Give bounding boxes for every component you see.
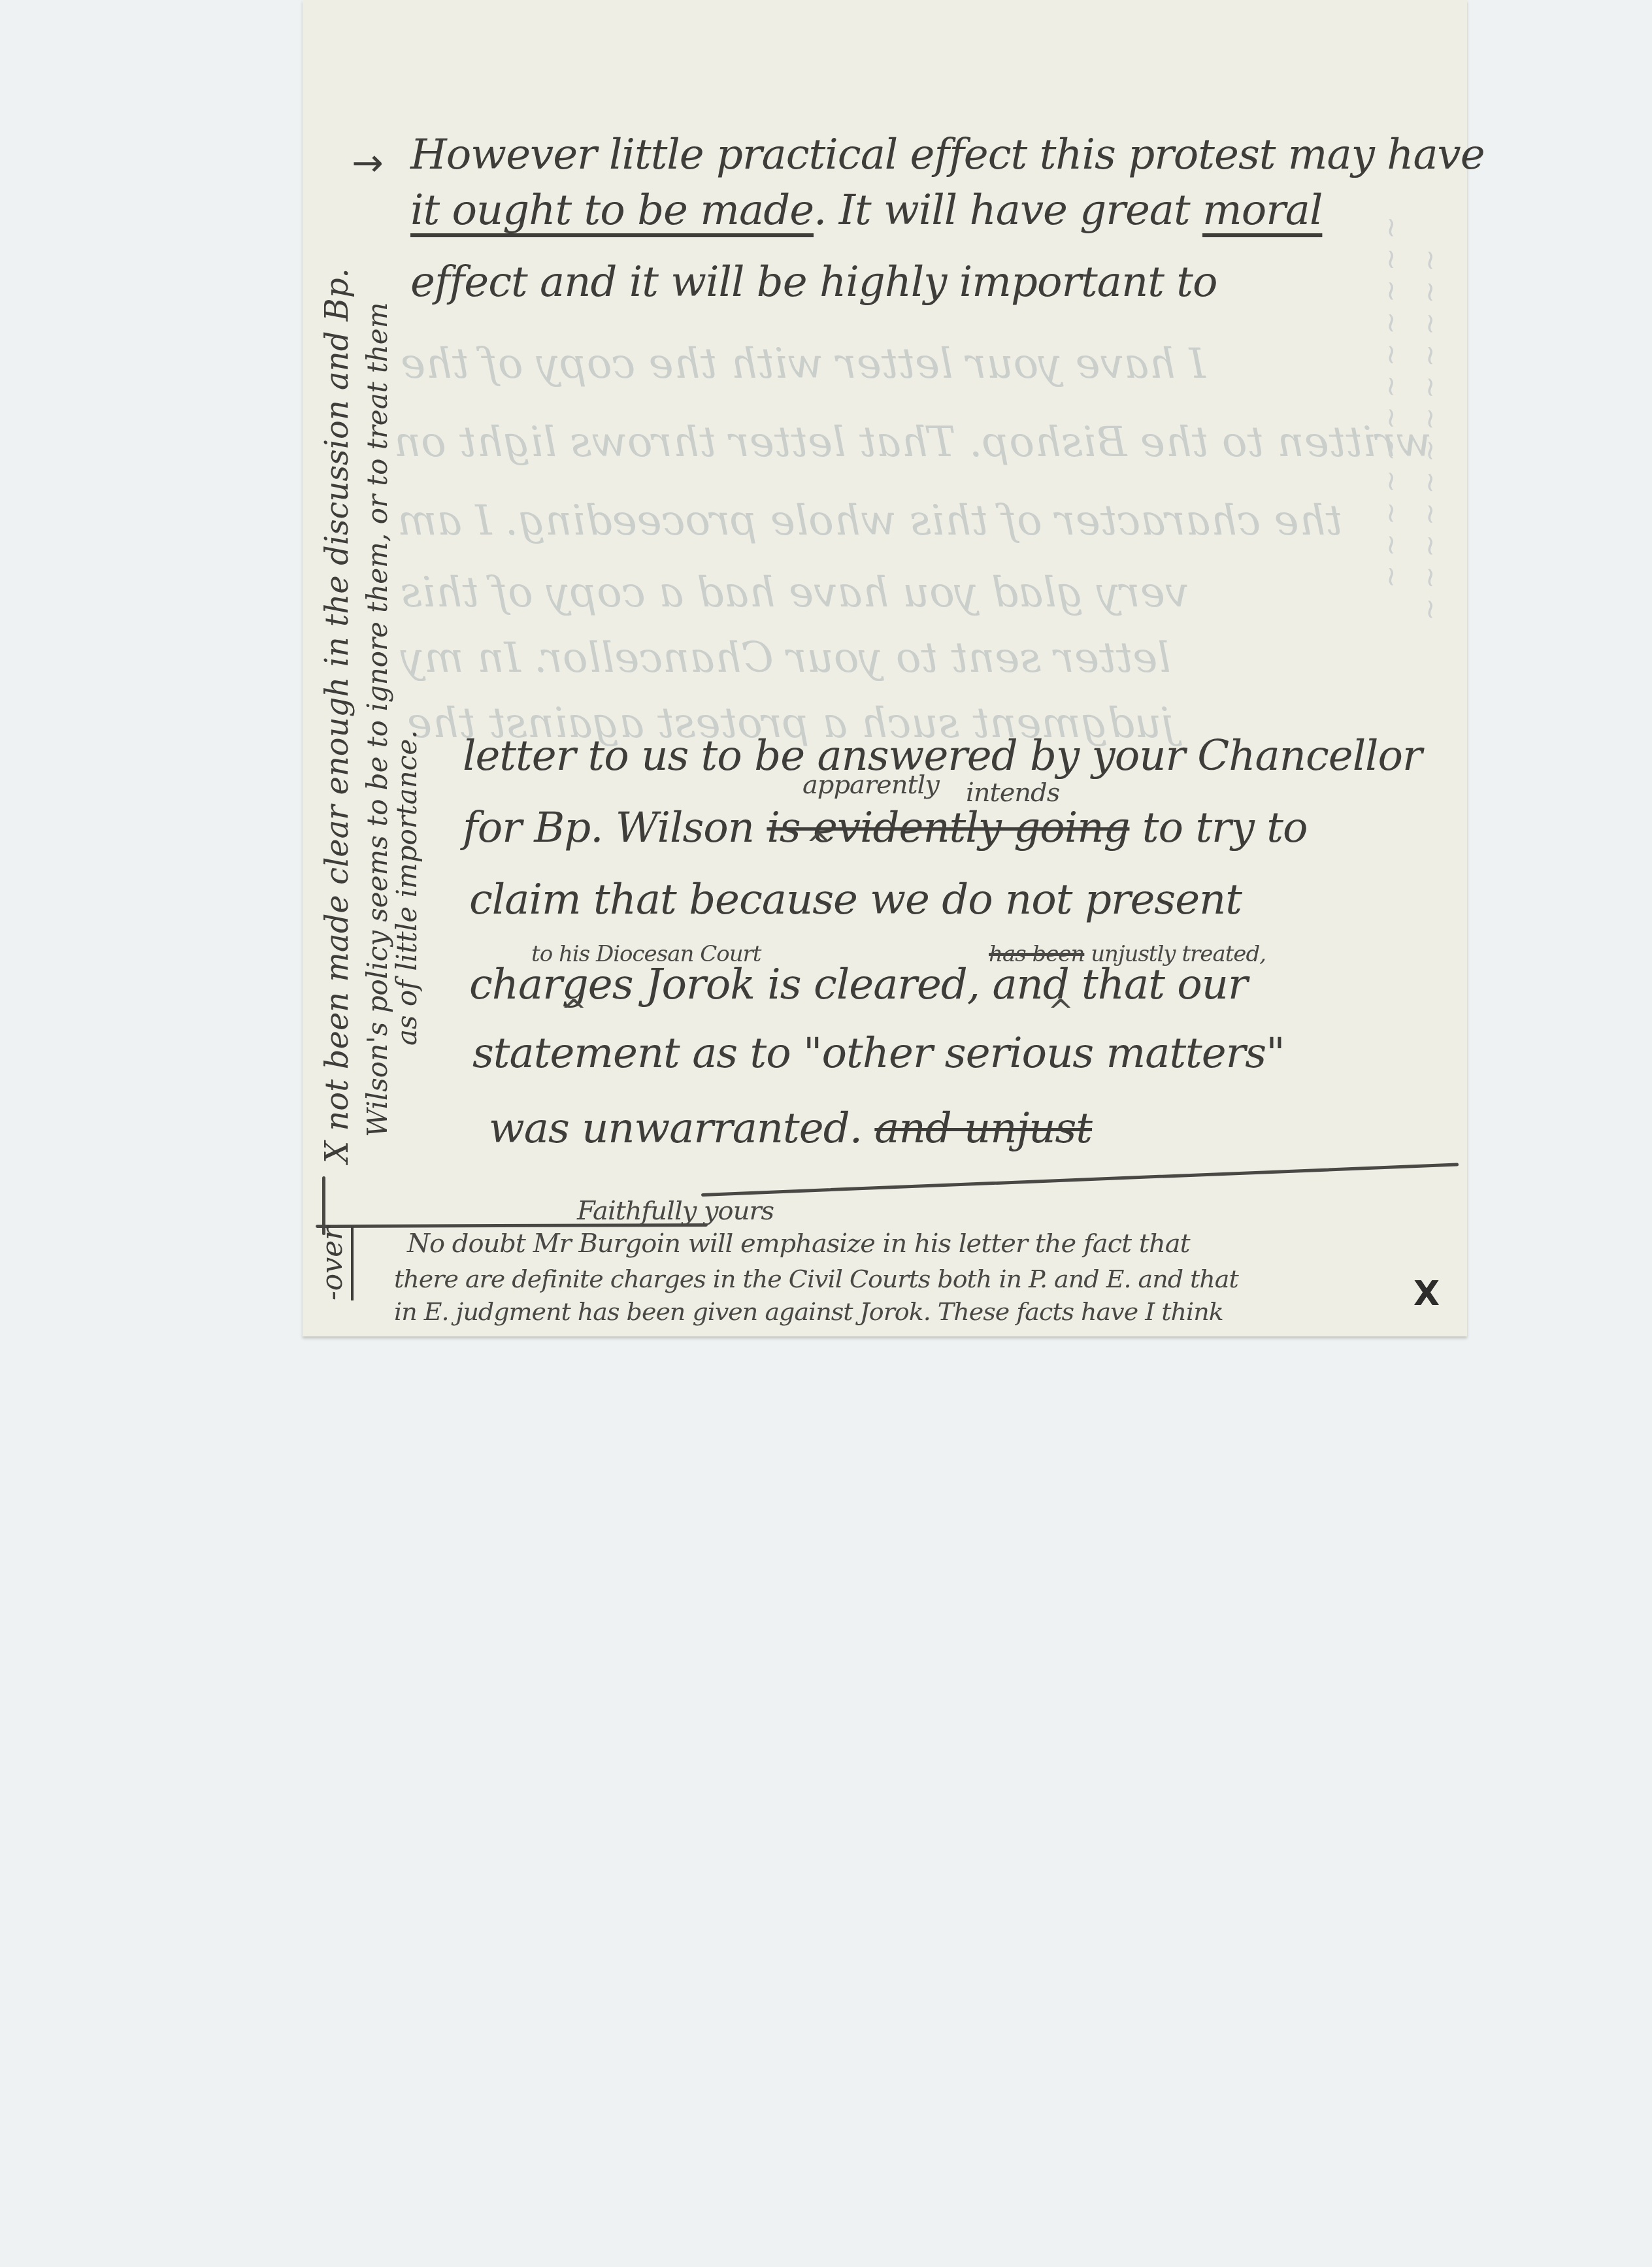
text-segment: charges <box>469 961 633 1009</box>
text-segment: that our <box>1082 961 1247 1009</box>
text-segment: was unwarranted. <box>489 1104 862 1153</box>
bleed-line: letter sent to your Chancellor. In my <box>401 634 1171 682</box>
text-segment: . It will have great <box>814 186 1190 235</box>
margin-vertical-rule <box>322 1176 325 1235</box>
text-segment: Jorok is cleared, and <box>646 961 1069 1009</box>
postscript-divider <box>316 1223 708 1228</box>
text-line-9: was unwarranted. and unjust <box>489 1104 1092 1153</box>
bleed-line: very glad you have had a copy of this <box>401 569 1189 617</box>
insertion-caret: ^ <box>1048 993 1074 1030</box>
postscript-line-3: in E. judgment has been given against Jo… <box>394 1297 1223 1326</box>
postscript-line-2: there are definite charges in the Civil … <box>394 1265 1238 1293</box>
margin-note-line-1: X not been made clear enough in the disc… <box>319 268 355 1163</box>
postscript-line-1: No doubt Mr Burgoin will emphasize in hi… <box>407 1229 1190 1259</box>
text-line-1: However little practical effect this pro… <box>410 131 1485 179</box>
underlined-word: moral <box>1202 186 1322 235</box>
underlined-phrase: it ought to be made <box>410 186 814 235</box>
bleed-line: written to the Bishop. That letter throw… <box>394 418 1432 467</box>
x-mark: X <box>1413 1274 1440 1314</box>
text-line-8: statement as to "other serious matters" <box>472 1029 1285 1078</box>
arrow-right-icon: → <box>352 141 383 185</box>
letter-paper: I have your letter with the copy of the … <box>303 0 1467 1336</box>
bleed-vertical: ~ ~ ~ ~ ~ ~ ~ ~ ~ ~ ~ ~ <box>1413 249 1445 621</box>
over-label: -over <box>316 1227 349 1300</box>
margin-note-line-2: Wilson's policy seems to be to ignore th… <box>361 302 393 1137</box>
insert-apparently: apparently <box>802 770 939 800</box>
text-segment: for Bp. Wilson <box>463 804 754 852</box>
insertion-caret: ^ <box>561 993 587 1030</box>
margin-note-line-3: as of little importance. <box>391 730 423 1046</box>
struck-text: and unjust <box>874 1104 1092 1153</box>
text-line-6: claim that because we do not present <box>469 876 1242 924</box>
text-line-5: for Bp. Wilson is evidently going to try… <box>463 804 1307 852</box>
closing-signature: Faithfully yours <box>577 1196 774 1226</box>
bleed-line: I have your letter with the copy of the <box>401 340 1206 388</box>
bleed-line: the character of this whole proceeding. … <box>397 497 1342 545</box>
insertion-caret: ^ <box>806 827 832 863</box>
text-line-2: it ought to be made. It will have great … <box>410 186 1322 235</box>
text-segment: to try to <box>1142 804 1308 852</box>
text-line-4: letter to us to be answered by your Chan… <box>463 732 1422 780</box>
text-line-3: effect and it will be highly important t… <box>410 258 1217 306</box>
postscript-divider <box>701 1163 1459 1197</box>
bleed-vertical: ~ ~ ~ ~ ~ ~ ~ ~ ~ ~ ~ ~ <box>1374 216 1406 588</box>
margin-over-label: -over <box>316 1227 349 1300</box>
